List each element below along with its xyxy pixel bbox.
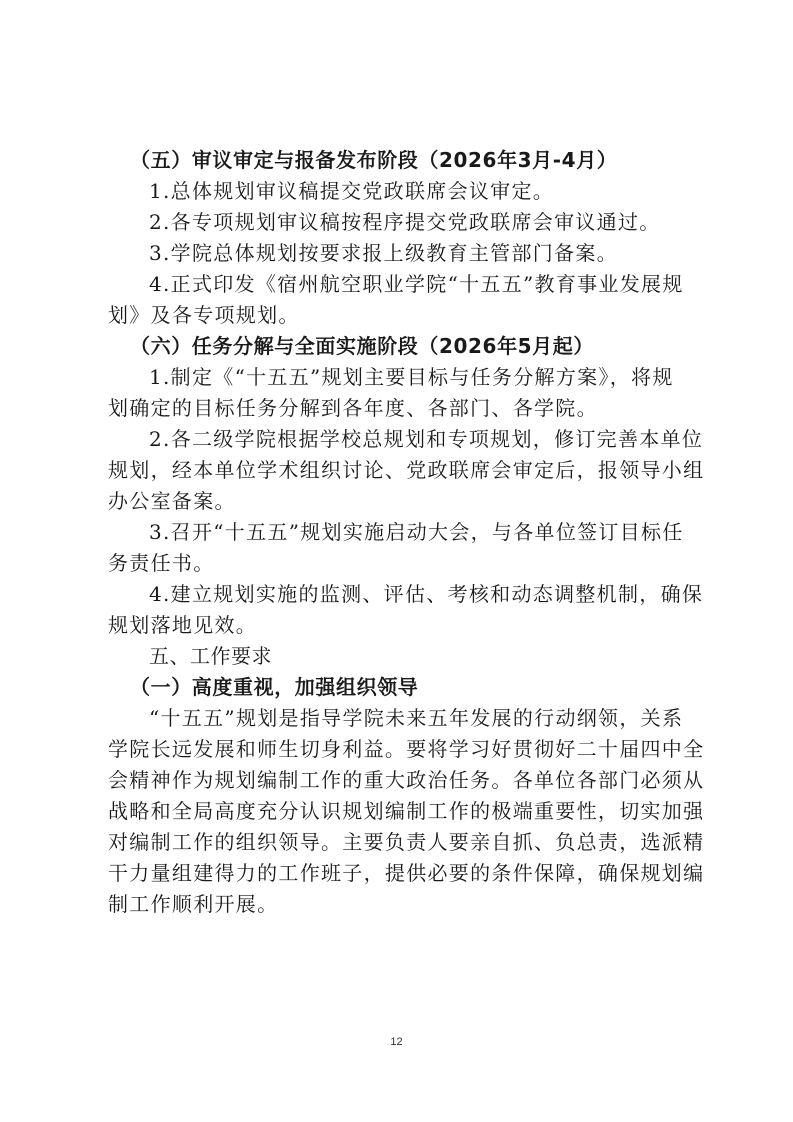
paragraph-line: 干力量组建得力的工作班子，提供必要的条件保障，确保规划编	[108, 858, 686, 889]
paragraph-line: “十五五”规划是指导学院未来五年发展的行动纲领，关系	[108, 703, 686, 734]
list-item-continuation: 划》及各专项规划。	[108, 300, 686, 331]
list-item-continuation: 规划落地见效。	[108, 610, 686, 641]
list-item: 4.建立规划实施的监测、评估、考核和动态调整机制，确保	[108, 579, 686, 610]
list-item-continuation: 规划，经本单位学术组织讨论、党政联席会审定后，报领导小组	[108, 455, 686, 486]
list-item-continuation: 务责任书。	[108, 548, 686, 579]
list-item: 4.正式印发《宿州航空职业学院“十五五”教育事业发展规	[108, 269, 686, 300]
list-item: 3.学院总体规划按要求报上级教育主管部门备案。	[108, 238, 686, 269]
page-number: 12	[0, 1036, 793, 1048]
list-item: 1.总体规划审议稿提交党政联席会议审定。	[108, 176, 686, 207]
list-item: 1.制定《“十五五”规划主要目标与任务分解方案》，将规	[108, 362, 686, 393]
paragraph-line: 战略和全局高度充分认识规划编制工作的极端重要性，切实加强	[108, 796, 686, 827]
paragraph-line: 会精神作为规划编制工作的重大政治任务。各单位各部门必须从	[108, 765, 686, 796]
list-item: 2.各二级学院根据学校总规划和专项规划，修订完善本单位	[108, 424, 686, 455]
list-item-continuation: 办公室备案。	[108, 486, 686, 517]
document-page: （五）审议审定与报备发布阶段（2026年3月-4月） 1.总体规划审议稿提交党政…	[108, 145, 686, 920]
main-heading: 五、工作要求	[108, 641, 686, 672]
list-item: 2.各专项规划审议稿按程序提交党政联席会审议通过。	[108, 207, 686, 238]
subsection-heading: （一）高度重视，加强组织领导	[108, 672, 686, 703]
paragraph-line: 对编制工作的组织领导。主要负责人要亲自抓、负总责，选派精	[108, 827, 686, 858]
section-heading-6: （六）任务分解与全面实施阶段（2026年5月起）	[108, 331, 686, 362]
paragraph-line: 制工作顺利开展。	[108, 889, 686, 920]
paragraph-line: 学院长远发展和师生切身利益。要将学习好贯彻好二十届四中全	[108, 734, 686, 765]
list-item-continuation: 划确定的目标任务分解到各年度、各部门、各学院。	[108, 393, 686, 424]
list-item: 3.召开“十五五”规划实施启动大会，与各单位签订目标任	[108, 517, 686, 548]
section-heading-5: （五）审议审定与报备发布阶段（2026年3月-4月）	[108, 145, 686, 176]
